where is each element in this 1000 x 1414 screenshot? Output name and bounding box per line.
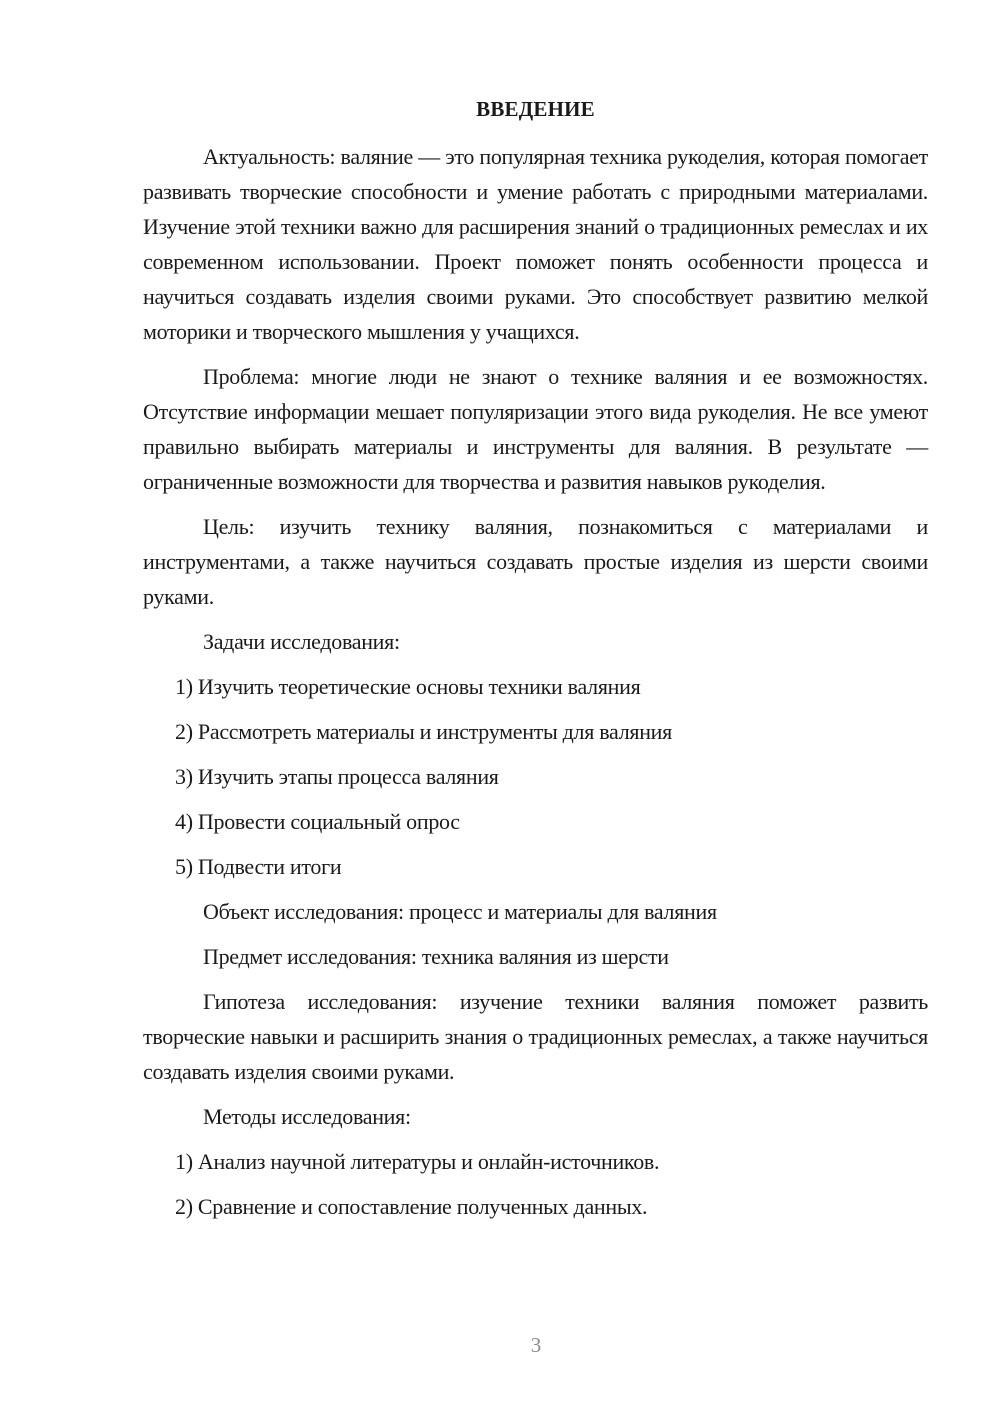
section-title: ВВЕДЕНИЕ: [143, 92, 928, 127]
tasks-list: 1) Изучить теоретические основы техники …: [143, 669, 928, 884]
document-page: ВВЕДЕНИЕ Актуальность: валяние — это поп…: [143, 92, 928, 1234]
problem-paragraph: Проблема: многие люди не знают о технике…: [143, 359, 928, 499]
list-item: 3) Изучить этапы процесса валяния: [143, 759, 928, 794]
list-item: 4) Провести социальный опрос: [143, 804, 928, 839]
relevance-paragraph: Актуальность: валяние — это популярная т…: [143, 139, 928, 349]
page-number: 3: [0, 1333, 1000, 1358]
goal-paragraph: Цель: изучить технику валяния, познакоми…: [143, 509, 928, 614]
object-line: Объект исследования: процесс и материалы…: [143, 894, 928, 929]
list-item: 1) Изучить теоретические основы техники …: [143, 669, 928, 704]
list-item: 2) Рассмотреть материалы и инструменты д…: [143, 714, 928, 749]
list-item: 5) Подвести итоги: [143, 849, 928, 884]
subject-line: Предмет исследования: техника валяния из…: [143, 939, 928, 974]
list-item: 1) Анализ научной литературы и онлайн-ис…: [143, 1144, 928, 1179]
list-item: 2) Сравнение и сопоставление полученных …: [143, 1189, 928, 1224]
tasks-heading: Задачи исследования:: [143, 624, 928, 659]
methods-list: 1) Анализ научной литературы и онлайн-ис…: [143, 1144, 928, 1224]
hypothesis-paragraph: Гипотеза исследования: изучение техники …: [143, 984, 928, 1089]
methods-heading: Методы исследования:: [143, 1099, 928, 1134]
